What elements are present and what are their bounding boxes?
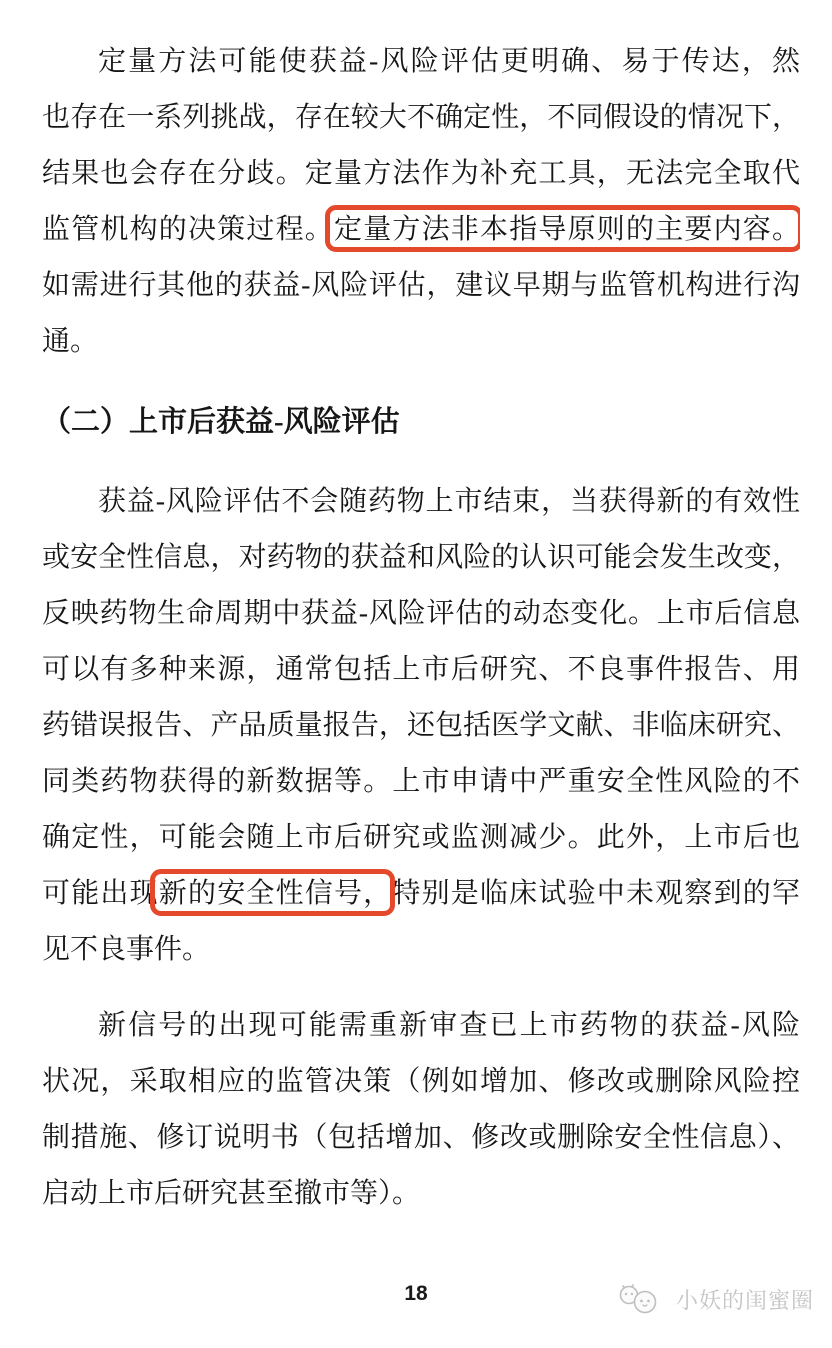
paragraph-1: 定量方法可能使获益-风险评估更明确、易于传达，然而， 也存在一系列挑战，存在较大… xyxy=(42,34,800,370)
paragraph-2-line-9: 见不良事件。 xyxy=(42,922,800,978)
paragraph-2-line-8: 可能出现新的安全性信号，特别是临床试验中未观察到的罕 xyxy=(42,866,800,922)
paragraph-2-line-5: 药错误报告、产品质量报告，还包括医学文献、非临床研究、 xyxy=(42,698,800,754)
paragraph-2: 获益-风险评估不会随药物上市结束，当获得新的有效性 或安全性信息，对药物的获益和… xyxy=(42,474,800,978)
watermark: 小妖的闺蜜圈 xyxy=(617,1282,814,1316)
paragraph-1-line-6: 通。 xyxy=(42,314,800,370)
paragraph-1-line-5: 如需进行其他的获益-风险评估，建议早期与监管机构进行沟 xyxy=(42,258,800,314)
highlight-box-1: 定量方法非本指导原则的主要内容。 xyxy=(334,214,800,245)
section-heading: （二）上市后获益-风险评估 xyxy=(42,394,800,450)
paragraph-3-line-3: 制措施、修订说明书（包括增加、修改或删除安全性信息）、 xyxy=(42,1110,800,1166)
paragraph-3-line-2: 状况，采取相应的监管决策（例如增加、修改或删除风险控 xyxy=(42,1054,800,1110)
paragraph-1-line-3: 结果也会存在分歧。定量方法作为补充工具，无法完全取代 xyxy=(42,146,800,202)
paragraph-3-line-4: 启动上市后研究甚至撤市等）。 xyxy=(42,1166,800,1222)
paragraph-3-line-1: 新信号的出现可能需重新审查已上市药物的获益-风险 xyxy=(42,998,800,1054)
paragraph-1-line-4-plain: 监管机构的决策过程。 xyxy=(42,214,334,245)
document-page: 定量方法可能使获益-风险评估更明确、易于传达，然而， 也存在一系列挑战，存在较大… xyxy=(0,0,832,1348)
paragraph-2-line-1: 获益-风险评估不会随药物上市结束，当获得新的有效性 xyxy=(42,474,800,530)
paragraph-2-line-3: 反映药物生命周期中获益-风险评估的动态变化。上市后信息 xyxy=(42,586,800,642)
paragraph-2-line-2: 或安全性信息，对药物的获益和风险的认识可能会发生改变， xyxy=(42,530,800,586)
paragraph-2-line-8-post: 特别是临床试验中未观察到的罕 xyxy=(392,878,800,909)
paragraph-2-line-8-pre: 可能出现 xyxy=(42,878,159,909)
watermark-label: 小妖的闺蜜圈 xyxy=(676,1284,814,1315)
paragraph-2-line-6: 同类药物获得的新数据等。上市申请中严重安全性风险的不 xyxy=(42,754,800,810)
chat-bubbles-mascot-icon xyxy=(617,1282,669,1316)
paragraph-1-line-4: 监管机构的决策过程。定量方法非本指导原则的主要内容。 xyxy=(42,202,800,258)
paragraph-1-line-1: 定量方法可能使获益-风险评估更明确、易于传达，然而， xyxy=(42,34,800,90)
paragraph-2-line-4: 可以有多种来源，通常包括上市后研究、不良事件报告、用 xyxy=(42,642,800,698)
paragraph-1-line-2: 也存在一系列挑战，存在较大不确定性，不同假设的情况下， xyxy=(42,90,800,146)
highlight-box-2: 新的安全性信号， xyxy=(159,878,393,909)
paragraph-3: 新信号的出现可能需重新审查已上市药物的获益-风险 状况，采取相应的监管决策（例如… xyxy=(42,998,800,1222)
paragraph-2-line-7: 确定性，可能会随上市后研究或监测减少。此外，上市后也 xyxy=(42,810,800,866)
